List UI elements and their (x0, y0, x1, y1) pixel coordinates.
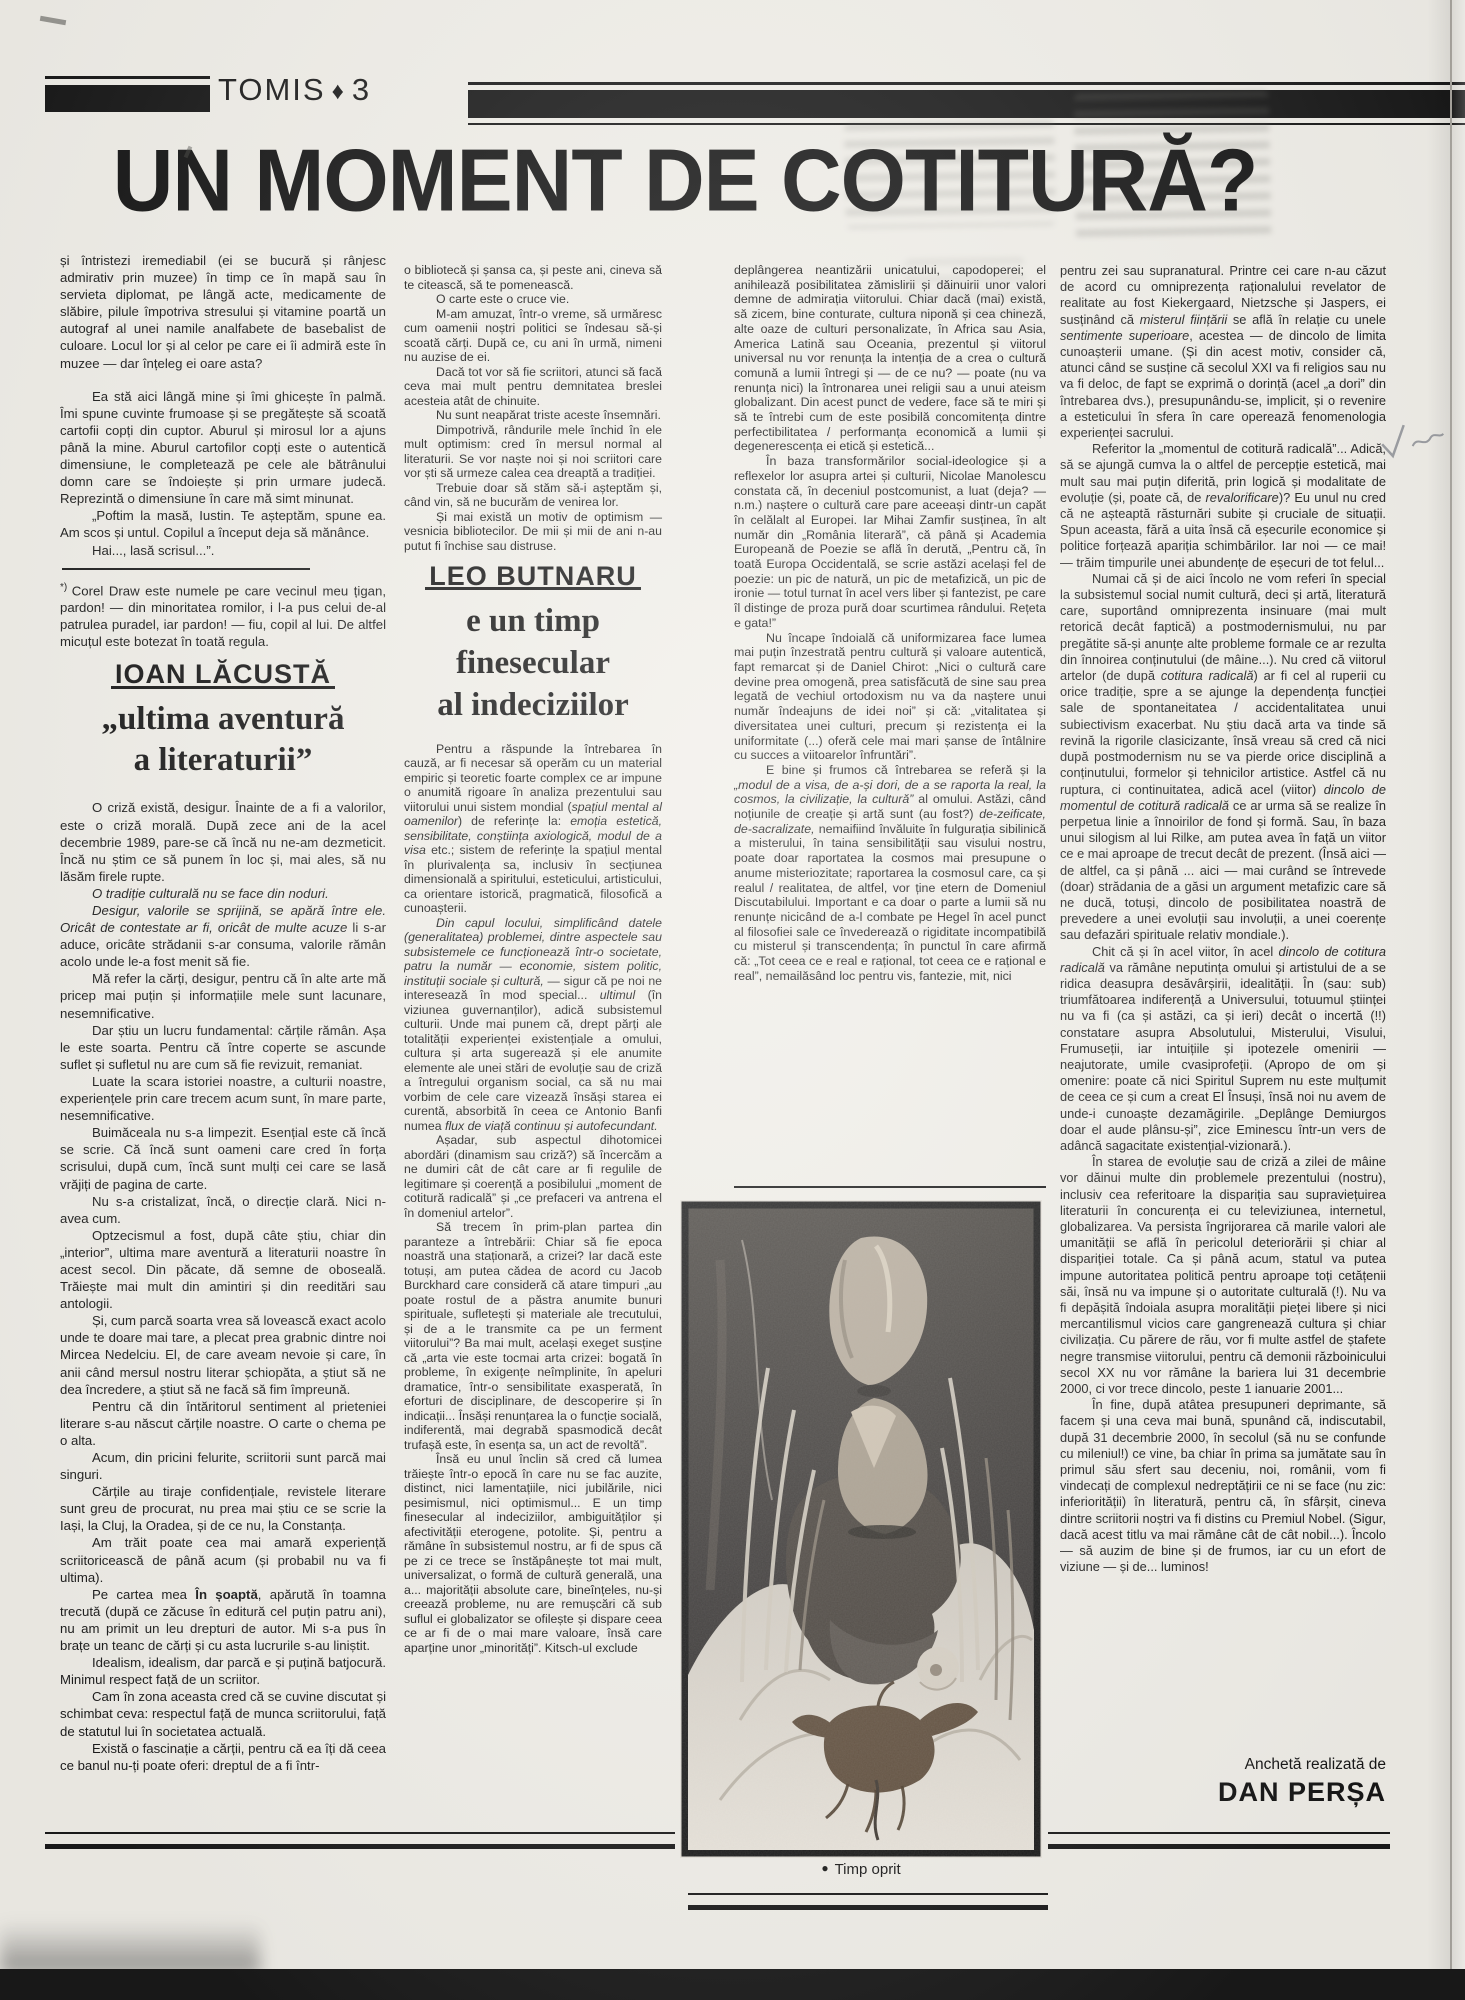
body-paragraph: Există o fascinație a cărții, pentru că … (60, 1740, 386, 1774)
text-column-4: pentru zei sau supranatural. Printre cei… (1060, 263, 1386, 1757)
photo-top-rule (734, 1186, 1046, 1188)
section-title: e un timp finesecularal indeciziilor (404, 600, 716, 726)
scan-smear (0, 1922, 260, 1974)
section-title: „ultima aventurăa literaturii” (60, 699, 386, 781)
body-paragraph: O criză există, desigur. Înainte de a fi… (60, 799, 386, 884)
body-paragraph: Buimăceala nu s-a limpezit. Esențial est… (60, 1124, 386, 1192)
body-paragraph: În fine, după atâtea presupuneri deprima… (1060, 1397, 1386, 1575)
bottom-rule-left (45, 1832, 675, 1849)
publication-title: TOMIS♦3 (218, 72, 371, 108)
body-paragraph: „Poftim la masă, Iustin. Te așteptăm, sp… (60, 507, 386, 541)
caption-bullet-icon: ● (821, 1861, 834, 1875)
page-edge-shade (1427, 0, 1465, 2000)
body-paragraph: Nu încape îndoială că uniformizarea face… (734, 631, 1046, 763)
body-paragraph: Optzecismul a fost, după câte știu, chia… (60, 1227, 386, 1312)
body-paragraph: pentru zei sau supranatural. Printre cei… (1060, 263, 1386, 441)
body-paragraph: Referitor la „momentul de cotitură radic… (1060, 441, 1386, 571)
body-paragraph: Numai că și de aici încolo ne vom referi… (1060, 571, 1386, 944)
bottom-rule-right (1048, 1832, 1390, 1849)
body-paragraph: Idealism, idealism, dar parcă e și puțin… (60, 1654, 386, 1688)
text-column-1: și întristezi iremediabil (ei se bucură … (60, 252, 386, 1812)
photo-caption: ●Timp oprit (680, 1861, 1042, 1878)
body-paragraph: *) Corel Draw este numele pe care vecinu… (60, 579, 386, 651)
footnote-rule (62, 568, 310, 570)
article-headline: UN MOMENT DE COTITURĂ? (95, 132, 1275, 229)
body-paragraph: Am trăit poate cea mai amară experiență … (60, 1534, 386, 1585)
masthead-right-bar (468, 90, 1465, 118)
body-paragraph: Și, cum parcă soarta vrea să lovească ex… (60, 1312, 386, 1397)
body-paragraph: Dar știu un lucru fundamental: cărțile r… (60, 1022, 386, 1073)
byline-author: DAN PERȘA (1060, 1777, 1386, 1808)
body-paragraph: E bine și frumos că întrebarea se referă… (734, 763, 1046, 984)
section-author-heading: IOAN LĂCUSTĂ (60, 666, 386, 689)
page-number: 3 (352, 72, 371, 107)
body-paragraph: O carte este o cruce vie. (404, 292, 716, 307)
caption-text: Timp oprit (835, 1861, 901, 1878)
body-paragraph: deplângerea neantizării unicatului, capo… (734, 263, 1046, 454)
text-column-3: deplângerea neantizării unicatului, capo… (734, 263, 1046, 1171)
body-paragraph: o bibliotecă și șansa ca, și peste ani, … (404, 263, 716, 292)
byline: Anchetă realizată de DAN PERȘA (1060, 1756, 1386, 1808)
body-paragraph: Cărțile au tiraje confidențiale, reviste… (60, 1483, 386, 1534)
text-column-2: o bibliotecă și șansa ca, și peste ani, … (404, 263, 716, 1812)
body-paragraph: Pe cartea mea În șoaptă, apărută în toam… (60, 1586, 386, 1654)
body-paragraph: Cam în zona aceasta cred că se cuvine di… (60, 1688, 386, 1739)
body-paragraph: Nu sunt neapărat triste aceste însemnări… (404, 408, 716, 423)
body-paragraph: Luate la scara istoriei noastre, a cultu… (60, 1073, 386, 1124)
body-paragraph: și întristezi iremediabil (ei se bucură … (60, 252, 386, 372)
body-paragraph: Trebuie doar să stăm să-i așteptăm și, c… (404, 481, 716, 510)
scan-speck (40, 16, 66, 25)
masthead-left-thin-rule (45, 76, 210, 79)
masthead-right-thin-rule-top (468, 82, 1465, 85)
body-paragraph: Dimpotrivă, rândurile mele închid în ele… (404, 423, 716, 481)
bottom-rule-under-photo (688, 1893, 1048, 1910)
body-paragraph: Hai..., lasă scrisul...”. (60, 542, 386, 559)
diamond-icon: ♦ (326, 78, 352, 105)
scan-bottom-edge (0, 1969, 1465, 2000)
body-paragraph: Și mai există un motiv de optimism — ves… (404, 510, 716, 554)
body-paragraph: Desigur, valorile se sprijină, se apără … (60, 902, 386, 970)
body-paragraph: Pentru că din întăritorul sentiment al p… (60, 1398, 386, 1449)
body-paragraph: În starea de evoluție sau de criză a zil… (1060, 1154, 1386, 1397)
body-paragraph: Pentru a răspunde la întrebarea în cauză… (404, 742, 716, 916)
masthead-left-bar (45, 85, 210, 112)
photo-artwork (680, 1200, 1042, 1858)
body-paragraph: Din capul locului, simplificând datele (… (404, 916, 716, 1134)
body-paragraph: M-am amuzat, într-o vreme, să urmăresc c… (404, 307, 716, 365)
spacer (60, 372, 386, 388)
body-paragraph: Dacă tot vor să fie scriitori, atunci să… (404, 365, 716, 409)
body-paragraph: Nu s-a cristalizat, încă, o direcție cla… (60, 1193, 386, 1227)
byline-prefix: Anchetă realizată de (1060, 1756, 1386, 1774)
brand-name: TOMIS (218, 72, 326, 107)
handwritten-mark-icon (1375, 413, 1451, 468)
body-paragraph: Mă refer la cărți, desigur, pentru că în… (60, 970, 386, 1021)
section-author-heading: LEO BUTNARU (404, 569, 716, 590)
body-paragraph: O tradiție culturală nu se face din nodu… (60, 885, 386, 902)
body-paragraph: Ea stă aici lângă mine și îmi ghicește î… (60, 388, 386, 508)
body-paragraph: În baza transformărilor social-ideologic… (734, 454, 1046, 630)
body-paragraph: Acum, din pricini felurite, scriitorii s… (60, 1449, 386, 1483)
newspaper-page: TOMIS♦3 UN MOMENT DE COTITURĂ? și întris… (0, 0, 1465, 2000)
body-paragraph: Chit că și în acel viitor, în acel dinco… (1060, 944, 1386, 1155)
